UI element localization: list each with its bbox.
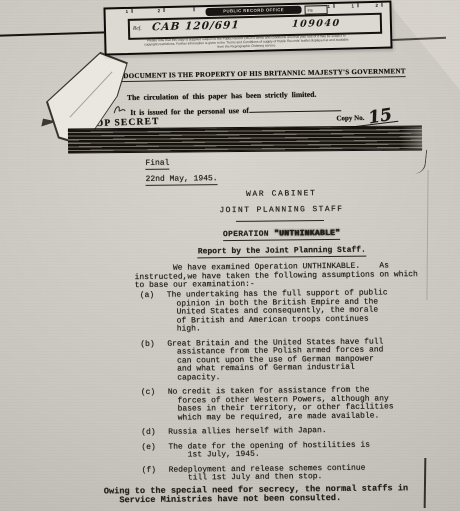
item-text: The undertaking has the full support of …	[167, 289, 388, 334]
handwritten-order-number: 109040	[291, 18, 341, 30]
document-photo: 1 2 1 1 2 PUBLIC RECORD OFFICE ins Ref. …	[0, 0, 460, 511]
ruler-tick	[333, 4, 334, 8]
circulation-line: The circulation of this paper has been s…	[127, 90, 316, 102]
photo-edge-line-left	[0, 31, 110, 37]
public-record-office-slip: 1 2 1 1 2 PUBLIC RECORD OFFICE ins Ref. …	[103, 0, 392, 55]
blank-fill-line	[249, 103, 341, 113]
ruler-tick	[193, 7, 194, 11]
assumption-item-a: (a) The undertaking has the full support…	[140, 289, 393, 334]
ruler-tick	[357, 3, 358, 7]
organisation-heading: WAR CABINET	[169, 189, 394, 200]
item-text: The date for the opening of hostilities …	[168, 441, 370, 460]
ruler-tick	[163, 8, 164, 12]
property-line-text: THIS DOCUMENT IS THE PROPERTY OF HIS BRI…	[103, 67, 405, 82]
dark-ruled-band	[68, 125, 422, 153]
department-heading: JOINT PLANNING STAFF	[169, 205, 394, 216]
heading-underline-rule	[236, 220, 324, 222]
ruler-number: 1	[351, 3, 354, 8]
item-marker: (e)	[141, 443, 168, 460]
ruler-number: 1	[125, 9, 128, 14]
assumptions-list: (a) The undertaking has the full support…	[140, 289, 395, 489]
report-body: Final 22nd May, 1945. WAR CABINET JOINT …	[0, 150, 460, 511]
item-text: Russia allies herself with Japan.	[168, 427, 327, 437]
property-line: THIS DOCUMENT IS THE PROPERTY OF HIS BRI…	[103, 67, 405, 80]
copy-label: Copy No.	[336, 114, 364, 122]
ruler-number: 2	[375, 3, 378, 8]
report-subtitle-text: Report by the Joint Planning Staff.	[198, 246, 366, 259]
report-subtitle: Report by the Joint Planning Staff.	[169, 246, 394, 257]
item-text: Great Britain and the United States have…	[167, 338, 383, 383]
ref-label: Ref.	[133, 26, 142, 32]
assumption-item-d: (d) Russia allies herself with Japan.	[141, 426, 394, 437]
item-marker: (b)	[140, 340, 167, 383]
closing-paragraph: Owing to the special need for secrecy, t…	[104, 484, 408, 506]
operation-title: OPERATION "UNTHINKABLE"	[169, 229, 394, 240]
date-text: 22nd May, 1945.	[145, 174, 217, 186]
item-marker: (c)	[141, 389, 168, 423]
ruler-tick	[131, 9, 132, 13]
copy-number-group: Copy No. 15	[336, 106, 392, 125]
ruler-number: 2	[157, 8, 160, 13]
intro-paragraph: We have examined Operation UNTHINKABLE. …	[134, 262, 418, 290]
item-text: No credit is taken for assistance from t…	[168, 386, 394, 422]
assumption-item-e: (e) The date for the opening of hostilit…	[141, 441, 394, 461]
title-codeword: "UNTHINKABLE"	[274, 229, 340, 239]
item-text: Redeployment and release schemes continu…	[169, 464, 366, 483]
handwritten-reference: CAB 120/691	[151, 19, 240, 33]
assumption-item-f: (f) Redeployment and release schemes con…	[142, 464, 395, 484]
issue-line-text: It is issued for the personal use of	[130, 106, 249, 117]
status-final: Final	[145, 160, 169, 169]
status-text: Final	[145, 159, 169, 170]
item-marker: (a)	[140, 292, 167, 335]
ruler-number: 1	[327, 4, 330, 9]
operation-title-text: OPERATION "UNTHINKABLE"	[223, 229, 340, 241]
issue-line: It is issued for the personal use of	[130, 103, 341, 117]
item-marker: (f)	[142, 466, 169, 483]
assumption-item-c: (c) No credit is taken for assistance fr…	[141, 386, 394, 423]
document-date: 22nd May, 1945.	[145, 175, 217, 184]
item-marker: (d)	[141, 429, 168, 438]
ruler-tick	[381, 3, 382, 7]
assumption-item-b: (b) Great Britain and the United States …	[140, 338, 393, 383]
title-prefix: OPERATION	[223, 230, 274, 240]
